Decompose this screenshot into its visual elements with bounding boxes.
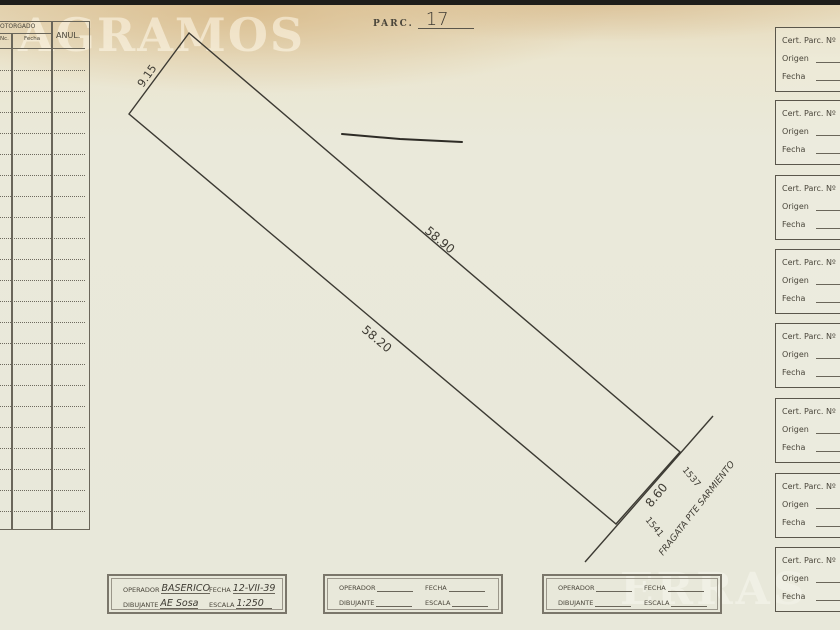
dim-southwest: 58.20 [359, 323, 394, 356]
fecha-field[interactable] [816, 376, 840, 377]
street-name: FRAGATA PTE SARMIENTO [657, 460, 737, 558]
cert-origen-label: Origen [782, 202, 809, 211]
fecha-field: FECHA [644, 584, 704, 592]
origen-field[interactable] [816, 62, 840, 63]
cert-origen-label: Origen [782, 276, 809, 285]
dibujante-value[interactable]: AE Sosa [160, 599, 198, 609]
fecha-value[interactable]: 12-VII-39 [233, 584, 276, 594]
fecha-field[interactable] [816, 80, 840, 81]
escala-value[interactable] [452, 606, 488, 607]
cert-title: Cert. Parc. Nº [782, 109, 836, 118]
fecha-field[interactable] [816, 451, 840, 452]
operador-field: OPERADOR [558, 584, 632, 592]
fecha-field[interactable] [816, 228, 840, 229]
origen-field[interactable] [816, 210, 840, 211]
origen-field[interactable] [816, 284, 840, 285]
cert-box: Cert. Parc. Nº Origen Fecha [775, 249, 840, 314]
cert-origen-label: Origen [782, 350, 809, 359]
cert-title: Cert. Parc. Nº [782, 332, 836, 341]
fecha-field[interactable] [816, 302, 840, 303]
street-number-1537: 1537 [680, 466, 702, 490]
parcel-drawing: 9.15 58.90 58.20 8.60 1537 1541 FRAGATA … [0, 0, 840, 630]
parcel-outline [129, 33, 680, 524]
cert-title: Cert. Parc. Nº [782, 258, 836, 267]
cert-fecha-label: Fecha [782, 368, 805, 377]
origen-field[interactable] [816, 508, 840, 509]
cert-fecha-label: Fecha [782, 145, 805, 154]
dim-northeast: 58.90 [422, 224, 457, 257]
signature-box: OPERADOR FECHA DIBUJANTE ESCALA [542, 574, 722, 614]
cert-fecha-label: Fecha [782, 220, 805, 229]
operador-field: OPERADOR [339, 584, 413, 592]
dim-northwest: 9.15 [135, 62, 160, 90]
cert-fecha-label: Fecha [782, 294, 805, 303]
origen-field[interactable] [816, 433, 840, 434]
operador-value[interactable] [596, 591, 632, 592]
signature-box: OPERADORBASERICO FECHA12-VII-39 DIBUJANT… [107, 574, 287, 614]
cert-title: Cert. Parc. Nº [782, 482, 836, 491]
escala-field: ESCALA [425, 599, 488, 607]
origen-field[interactable] [816, 358, 840, 359]
cert-title: Cert. Parc. Nº [782, 184, 836, 193]
cert-box: Cert. Parc. Nº Origen Fecha [775, 398, 840, 463]
cert-title: Cert. Parc. Nº [782, 556, 836, 565]
cert-origen-label: Origen [782, 500, 809, 509]
escala-value[interactable]: 1:250 [236, 599, 272, 609]
dibujante-value[interactable] [595, 606, 631, 607]
origen-field[interactable] [816, 135, 840, 136]
cert-origen-label: Origen [782, 425, 809, 434]
cert-box: Cert. Parc. Nº Origen Fecha [775, 175, 840, 240]
street-number-1541: 1541 [643, 516, 665, 540]
escala-value[interactable] [671, 606, 707, 607]
operador-field: OPERADORBASERICO [123, 584, 210, 594]
fecha-field[interactable] [816, 153, 840, 154]
cert-box: Cert. Parc. Nº Origen Fecha [775, 547, 840, 612]
dibujante-field: DIBUJANTEAE Sosa [123, 599, 198, 609]
escala-field: ESCALA1:250 [209, 599, 272, 609]
street-line [585, 416, 713, 562]
cert-box: Cert. Parc. Nº Origen Fecha [775, 323, 840, 388]
origen-field[interactable] [816, 582, 840, 583]
dim-frontage: 8.60 [643, 480, 671, 509]
operador-value[interactable] [377, 591, 413, 592]
operador-value[interactable]: BASERICO [161, 584, 210, 594]
escala-field: ESCALA [644, 599, 707, 607]
fecha-value[interactable] [668, 591, 704, 592]
cert-box: Cert. Parc. Nº Origen Fecha [775, 473, 840, 538]
cert-fecha-label: Fecha [782, 518, 805, 527]
dibujante-value[interactable] [376, 606, 412, 607]
cert-origen-label: Origen [782, 54, 809, 63]
signature-box: OPERADOR FECHA DIBUJANTE ESCALA [323, 574, 503, 614]
cert-title: Cert. Parc. Nº [782, 407, 836, 416]
cert-title: Cert. Parc. Nº [782, 36, 836, 45]
fecha-field: FECHA12-VII-39 [209, 584, 275, 594]
fecha-field[interactable] [816, 526, 840, 527]
fecha-field: FECHA [425, 584, 485, 592]
fecha-value[interactable] [449, 591, 485, 592]
cert-fecha-label: Fecha [782, 592, 805, 601]
dibujante-field: DIBUJANTE [339, 599, 412, 607]
cert-fecha-label: Fecha [782, 443, 805, 452]
north-arrow-stroke [342, 134, 462, 142]
cert-origen-label: Origen [782, 574, 809, 583]
dibujante-field: DIBUJANTE [558, 599, 631, 607]
cert-fecha-label: Fecha [782, 72, 805, 81]
cert-origen-label: Origen [782, 127, 809, 136]
cert-box: Cert. Parc. Nº Origen Fecha [775, 100, 840, 165]
fecha-field[interactable] [816, 600, 840, 601]
cert-box: Cert. Parc. Nº Origen Fecha [775, 27, 840, 92]
